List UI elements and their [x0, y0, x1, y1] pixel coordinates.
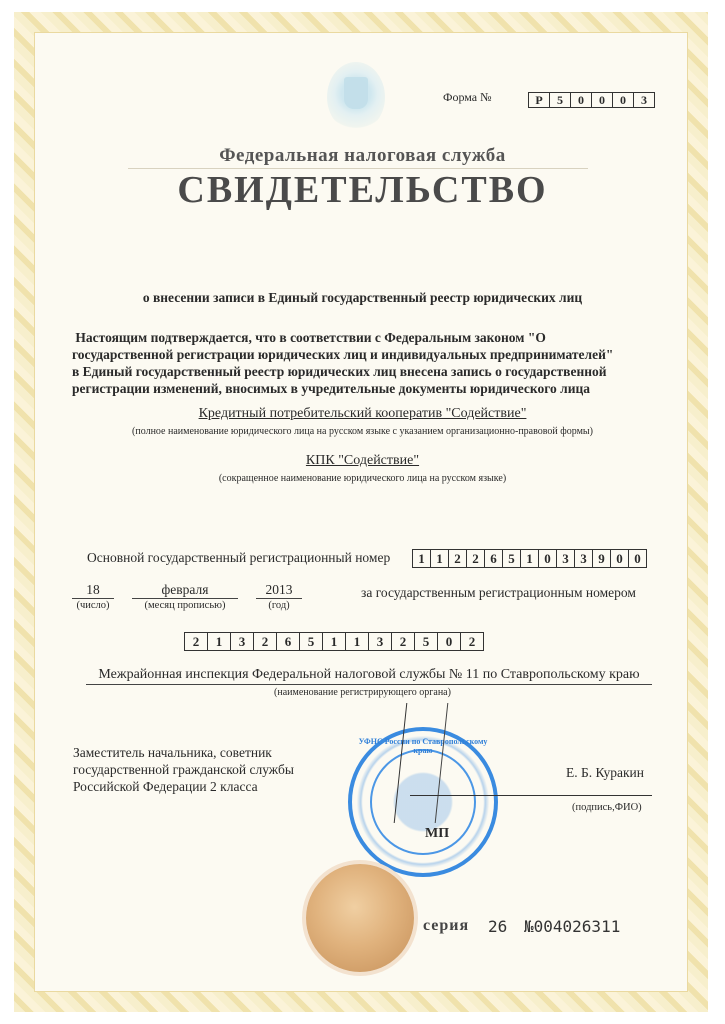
digit-cell: 9 — [592, 549, 610, 568]
registering-authority-caption: (наименование регистрирующего органа) — [0, 687, 725, 698]
digit-cell: 2 — [460, 632, 484, 651]
body-line: в Единый государственный реестр юридичес… — [72, 363, 672, 380]
signature-caption: (подпись,ФИО) — [572, 802, 642, 813]
digit-cell: 0 — [610, 549, 628, 568]
gold-hologram-seal — [306, 864, 414, 972]
entity-full-name-caption: (полное наименование юридического лица н… — [0, 426, 725, 437]
digit-cell: 2 — [448, 549, 466, 568]
digit-cell: 3 — [556, 549, 574, 568]
certificate-title: СВИДЕТЕЛЬСТВО — [0, 168, 725, 212]
entity-short-name-caption: (сокращенное наименование юридического л… — [0, 473, 725, 484]
digit-cell: 2 — [253, 632, 276, 651]
ogrn-label: Основной государственный регистрационный… — [87, 550, 390, 566]
body-line: регистрации изменений, вносимых в учреди… — [72, 380, 672, 397]
date-day: 18 — [72, 582, 114, 599]
digit-cell: 5 — [414, 632, 437, 651]
signatory-name: Е. Б. Куракин — [566, 765, 644, 781]
body-line: государственной регистрации юридических … — [72, 346, 672, 363]
digit-cell: 3 — [368, 632, 391, 651]
digit-cell: 2 — [184, 632, 207, 651]
digit-cell: 5 — [502, 549, 520, 568]
digit-cell: 0 — [628, 549, 647, 568]
certificate-number: №004026311 — [524, 917, 620, 936]
digit-cell: 0 — [437, 632, 460, 651]
digit-cell: 6 — [484, 549, 502, 568]
series-label: серия — [423, 917, 469, 935]
ogrn-number-box: 1122651033900 — [412, 549, 647, 568]
form-number-box: Р 5 0 0 0 3 — [528, 92, 655, 108]
date-month-caption: (месяц прописью) — [132, 600, 238, 611]
date-day-caption: (число) — [72, 600, 114, 611]
position-line: Заместитель начальника, советник — [73, 744, 294, 761]
position-line: государственной гражданской службы — [73, 761, 294, 778]
form-code-cell: 5 — [549, 92, 570, 108]
digit-cell: 1 — [412, 549, 430, 568]
signature-line — [410, 795, 652, 796]
form-code-cell: 0 — [591, 92, 612, 108]
position-line: Российской Федерации 2 класса — [73, 778, 294, 795]
entity-short-name: КПК "Содействие" — [0, 453, 725, 469]
digit-cell: 0 — [538, 549, 556, 568]
digit-cell: 1 — [430, 549, 448, 568]
form-code-cell: 3 — [633, 92, 655, 108]
certificate-subtitle: о внесении записи в Единый государственн… — [0, 290, 725, 306]
digit-cell: 2 — [391, 632, 414, 651]
form-code-cell: 0 — [570, 92, 591, 108]
entity-full-name-value: Кредитный потребительский кооператив "Со… — [199, 406, 527, 421]
digit-cell: 1 — [520, 549, 538, 568]
form-code-cell: Р — [528, 92, 549, 108]
form-code-cell: 0 — [612, 92, 633, 108]
digit-cell: 3 — [230, 632, 253, 651]
digit-cell: 3 — [574, 549, 592, 568]
entity-short-name-value: КПК "Содействие" — [306, 453, 419, 468]
date-month: февраля — [132, 582, 238, 599]
date-year: 2013 — [256, 582, 302, 599]
signatory-position: Заместитель начальника, советник государ… — [73, 744, 294, 795]
digit-cell: 6 — [276, 632, 299, 651]
shield-icon — [344, 77, 368, 109]
entity-full-name: Кредитный потребительский кооператив "Со… — [0, 406, 725, 422]
series-value: 26 — [488, 917, 507, 936]
digit-cell: 5 — [299, 632, 322, 651]
grn-number-box: 2132651132502 — [184, 632, 484, 651]
digit-cell: 2 — [466, 549, 484, 568]
agency-name: Федеральная налоговая служба — [0, 145, 725, 167]
stamp-place-mark: МП — [425, 826, 449, 842]
emblem-icon — [327, 62, 385, 132]
digit-cell: 1 — [322, 632, 345, 651]
form-number-label: Форма № — [443, 90, 492, 105]
grn-label: за государственным регистрационным номер… — [361, 585, 636, 601]
digit-cell: 1 — [345, 632, 368, 651]
body-line: Настоящим подтверждается, что в соответс… — [72, 329, 672, 346]
digit-cell: 1 — [207, 632, 230, 651]
registering-authority: Межрайонная инспекция Федеральной налого… — [86, 667, 652, 685]
date-year-caption: (год) — [256, 600, 302, 611]
confirmation-text: Настоящим подтверждается, что в соответс… — [72, 329, 672, 397]
